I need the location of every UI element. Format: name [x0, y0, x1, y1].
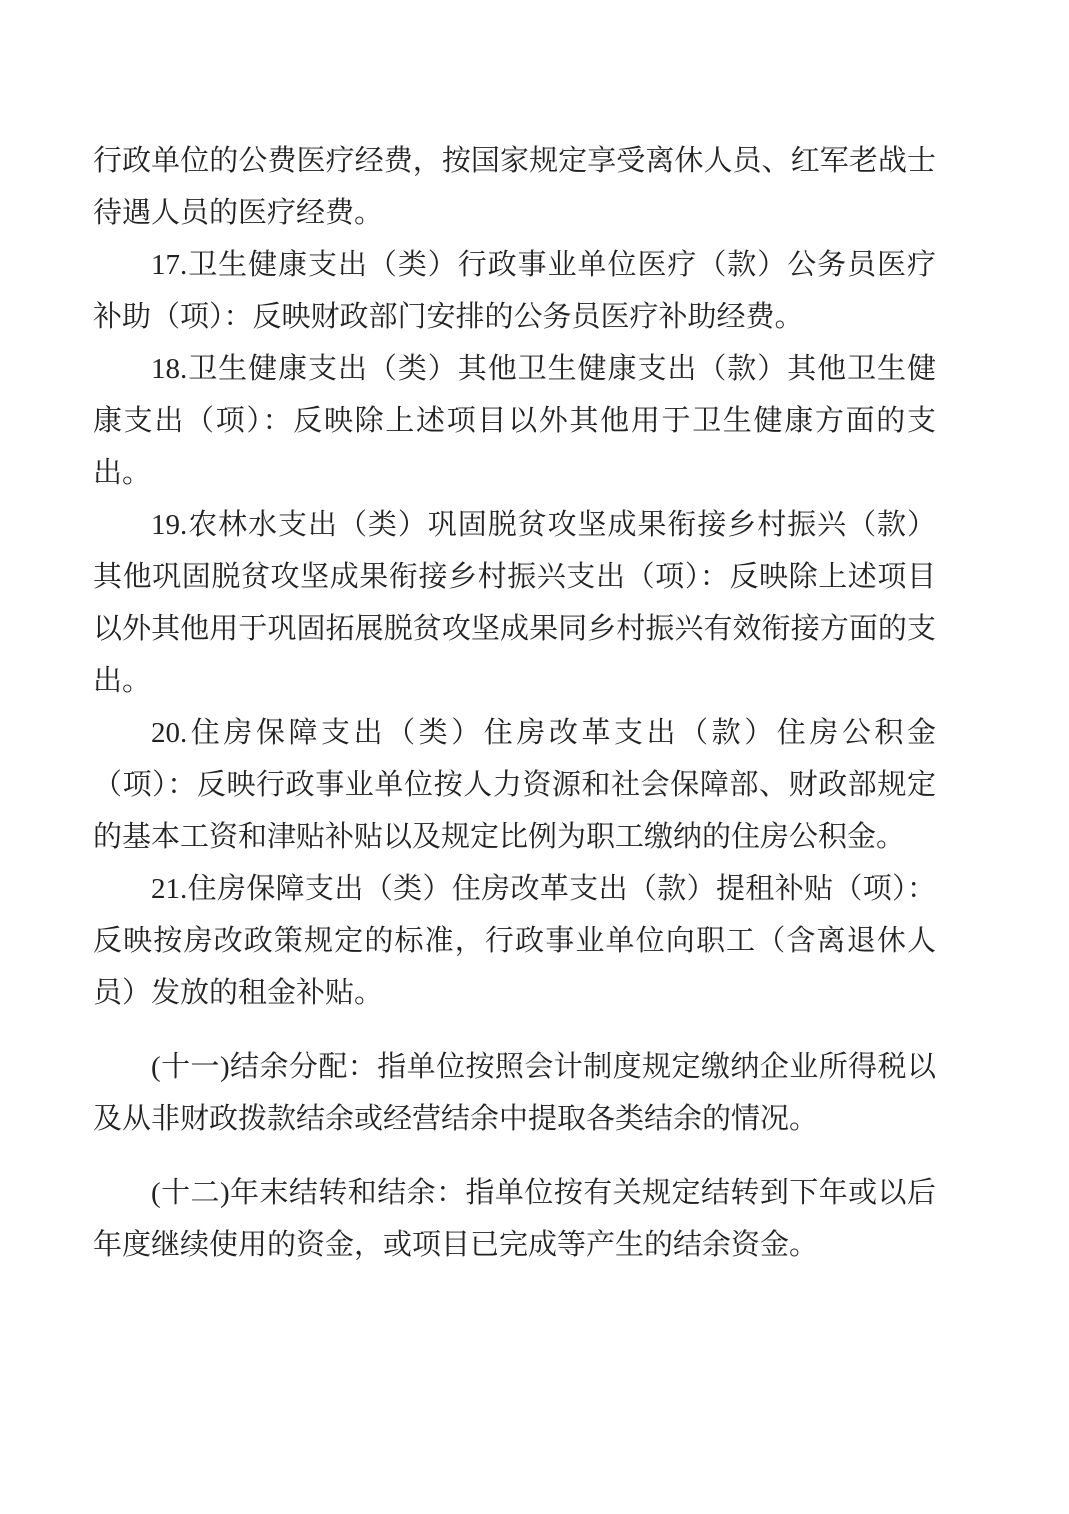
- paragraph-19: 19.农林水支出（类）巩固脱贫攻坚成果衔接乡村振兴（款）其他巩固脱贫攻坚成果衔接…: [93, 499, 936, 707]
- paragraph-section-12: (十二)年末结转和结余：指单位按有关规定结转到下年或以后年度继续使用的资金，或项…: [93, 1167, 936, 1271]
- paragraph-18: 18.卫生健康支出（类）其他卫生健康支出（款）其他卫生健康支出（项）：反映除上述…: [93, 343, 936, 499]
- paragraph-16-continuation: 行政单位的公费医疗经费，按国家规定享受离休人员、红军老战士待遇人员的医疗经费。: [93, 135, 936, 239]
- document-page: 行政单位的公费医疗经费，按国家规定享受离休人员、红军老战士待遇人员的医疗经费。 …: [0, 0, 1069, 1514]
- paragraph-20: 20.住房保障支出（类）住房改革支出（款）住房公积金（项）：反映行政事业单位按人…: [93, 707, 936, 863]
- paragraph-17: 17.卫生健康支出（类）行政事业单位医疗（款）公务员医疗补助（项）：反映财政部门…: [93, 239, 936, 343]
- paragraph-section-11: (十一)结余分配：指单位按照会计制度规定缴纳企业所得税以及从非财政拨款结余或经营…: [93, 1041, 936, 1145]
- paragraph-21: 21.住房保障支出（类）住房改革支出（款）提租补贴（项）：反映按房改政策规定的标…: [93, 863, 936, 1019]
